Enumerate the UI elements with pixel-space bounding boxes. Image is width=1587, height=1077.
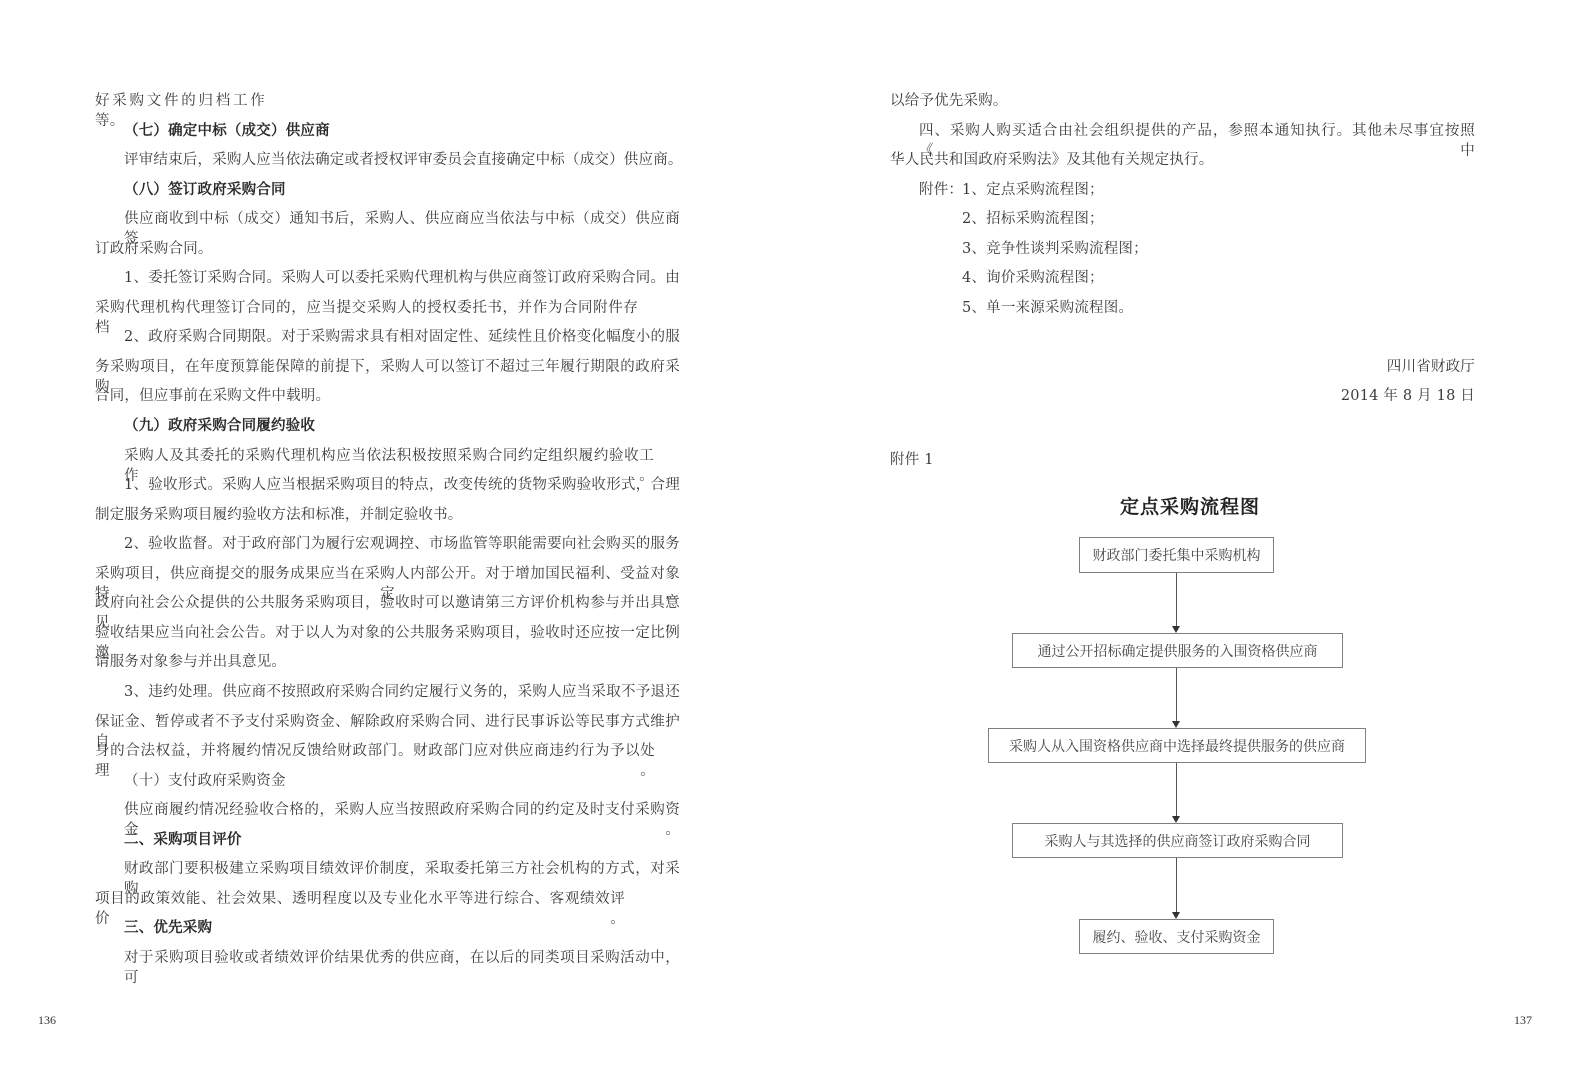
flow-connector (1176, 668, 1177, 722)
arrow-down-icon (1172, 912, 1180, 919)
attachment-1-label: 附件 1 (890, 450, 934, 470)
body-line: 1、委托签订采购合同。采购人可以委托采购代理机构与供应商签订政府采购合同。由 (124, 268, 680, 288)
body-line: 3、违约处理。供应商不按照政府采购合同约定履行义务的，采购人应当采取不予退还 (124, 682, 680, 702)
flow-connector (1176, 858, 1177, 913)
section-heading: 二、采购项目评价 (124, 830, 242, 850)
body-line: 制定服务采购项目履约验收方法和标准，并制定验收书。 (95, 505, 463, 525)
attachment-item: 4、询价采购流程图； (962, 268, 1104, 288)
section-heading: （九）政府采购合同履约验收 (124, 416, 315, 436)
body-line: 请服务对象参与并出具意见。 (95, 652, 286, 672)
attachment-item: 3、竞争性谈判采购流程图； (962, 239, 1148, 259)
flow-step-4: 采购人与其选择的供应商签订政府采购合同 (1012, 823, 1343, 858)
body-line: 合同，但应事前在采购文件中载明。 (95, 386, 330, 406)
section-heading: （八）签订政府采购合同 (124, 180, 286, 200)
page-number: 137 (1514, 1013, 1532, 1028)
body-line: 评审结束后，采购人应当依法确定或者授权评审委员会直接确定中标（成交）供应商。 (124, 150, 683, 170)
section-heading: 三、优先采购 (124, 918, 212, 938)
attachments-label: 附件： (919, 180, 963, 200)
arrow-down-icon (1172, 816, 1180, 823)
flow-step-2: 通过公开招标确定提供服务的入围资格供应商 (1012, 633, 1343, 668)
section-heading: （十）支付政府采购资金 (124, 771, 286, 791)
flow-step-3: 采购人从入围资格供应商中选择最终提供服务的供应商 (988, 728, 1366, 763)
body-line: 2、政府采购合同期限。对于采购需求具有相对固定性、延续性且价格变化幅度小的服 (124, 327, 680, 347)
signature-organization: 四川省财政厅 (1387, 357, 1475, 377)
body-line: 对于采购项目验收或者绩效评价结果优秀的供应商，在以后的同类项目采购活动中，可 (124, 948, 680, 988)
section-heading: （七）确定中标（成交）供应商 (124, 121, 330, 141)
body-line: 1、验收形式。采购人应当根据采购项目的特点，改变传统的货物采购验收形式，合理 (124, 475, 680, 495)
attachment-item: 2、招标采购流程图； (962, 209, 1104, 229)
arrow-down-icon (1172, 626, 1180, 633)
attachment-item: 1、定点采购流程图； (962, 180, 1104, 200)
body-line: 华人民共和国政府采购法》及其他有关规定执行。 (890, 150, 1213, 170)
page-number: 136 (38, 1013, 56, 1028)
body-line: 以给予优先采购。 (890, 91, 1008, 111)
attachment-item: 5、单一来源采购流程图。 (962, 298, 1133, 318)
signature-date: 2014 年 8 月 18 日 (1341, 386, 1475, 406)
body-line: 订政府采购合同。 (95, 239, 213, 259)
flowchart-title: 定点采购流程图 (1120, 492, 1270, 519)
flow-connector (1176, 573, 1177, 627)
body-line: 2、验收监督。对于政府部门为履行宏观调控、市场监管等职能需要向社会购买的服务 (124, 534, 680, 554)
flow-step-1: 财政部门委托集中采购机构 (1079, 537, 1274, 573)
flow-connector (1176, 763, 1177, 817)
left-page: 好采购文件的归档工作等。 （七）确定中标（成交）供应商 评审结束后，采购人应当依… (0, 0, 793, 1077)
arrow-down-icon (1172, 721, 1180, 728)
flow-step-5: 履约、验收、支付采购资金 (1079, 919, 1274, 954)
